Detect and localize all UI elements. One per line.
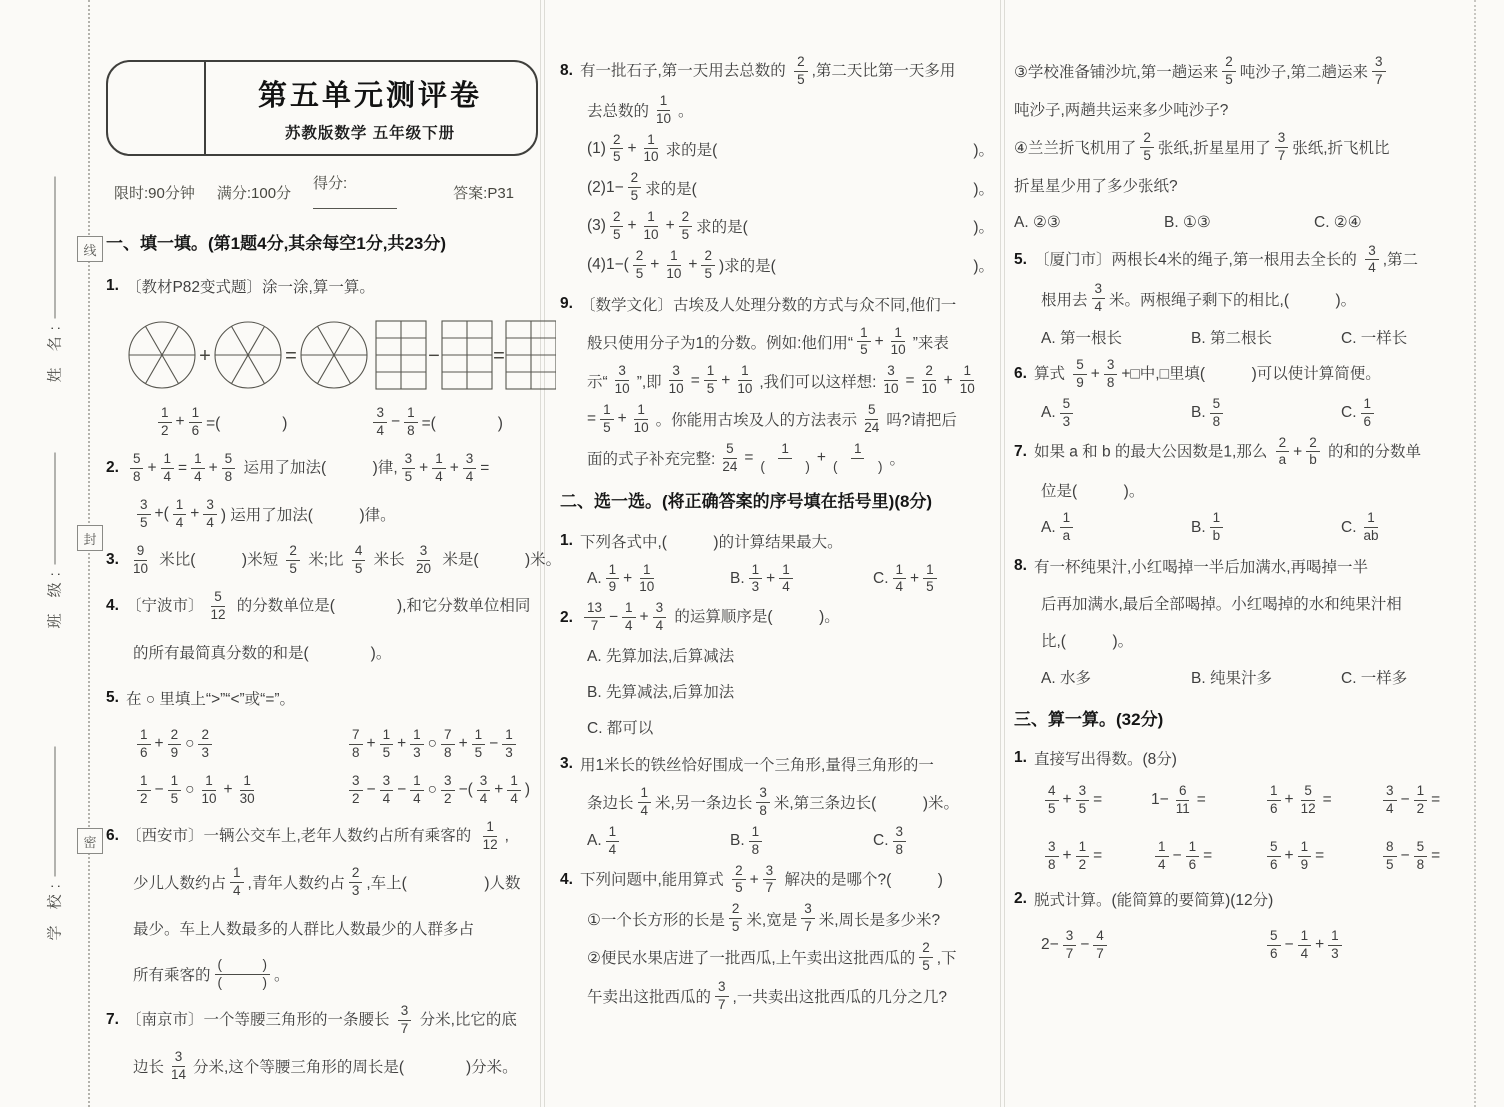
score-blank [313, 193, 397, 209]
option-a: A. 先算加法,后算减法 [560, 637, 994, 673]
choice-question-1: 1. 下列各式中,( )的计算结果最大。 A. 19+110 B. 13+14 … [560, 522, 994, 599]
sub-question: (2)1−25 求的是( [587, 168, 697, 207]
section-1-heading: 一、填一填。(第1题4分,其余每空1分,共23分) [106, 219, 538, 263]
options-row: A. 19+110 B. 13+14 C. 14+15 [560, 560, 994, 599]
sub-question: 午卖出这批西瓜的 37,一共卖出这批西瓜的几分之几? [560, 977, 994, 1016]
question-line: 9. 〔数学文化〕古埃及人处理分数的方式与众不同,他们一 [560, 285, 994, 323]
question-line: 条边长 14 米,另一条边长 38 米,第三条边长( )米。 [560, 783, 994, 822]
choice-question-7: 7. 如果 a 和 b 的最大公因数是1,那么 2a+2b 的和的分数单 位是(… [1014, 433, 1462, 548]
question-line: 7. 〔南京市〕一个等腰三角形的一条腰长 37 分米,比它的底 [106, 997, 538, 1043]
option-b: B. 先算减法,后算加法 [560, 673, 994, 709]
question-text: 〔宁波市〕512 的分数单位是( ),和它分数单位相同 [126, 587, 530, 626]
question-line: 3. 用1米长的铁丝恰好围成一个三角形,量得三角形的一 [560, 745, 994, 783]
option-b: B. 1b [1191, 508, 1341, 547]
question-number: 7. [1014, 443, 1027, 461]
question-number: 4. [106, 597, 119, 615]
question-text: 有一杯纯果汁,小红喝掉一半后加满水,再喝掉一半 [1034, 555, 1368, 577]
question-number: 2. [106, 459, 119, 477]
closing-paren: )。 [973, 138, 994, 160]
sub-question: (1)25+110 求的是( [587, 130, 717, 169]
option-c: C. 14+15 [873, 560, 1016, 599]
calc-item: 38+12= [1041, 832, 1151, 880]
question-line: 8. 有一杯纯果汁,小红喝掉一半后加满水,再喝掉一半 [1014, 547, 1462, 584]
seal-char-line: 线 [77, 236, 103, 262]
question-number: 6. [1014, 365, 1027, 383]
option-a: A. 第一根长 [1041, 326, 1191, 348]
question-line: (1)25+110 求的是( )。 [560, 130, 994, 169]
question-3: 3. 910 米比( )米短 25 米;比 45 米长 320 米是( )米。 [106, 537, 538, 583]
question-line: 4. 下列问题中,能用算式 25+37 解决的是哪个?( ) [560, 861, 994, 900]
compare-item: 16+29 ○ 23 [133, 725, 345, 764]
options-row: A. ②③ B. ①③ C. ②④ [1014, 204, 1462, 241]
section-2-heading: 二、选一选。(将正确答案的序号填在括号里)(8分) [560, 478, 994, 522]
question-2: 2. 58+14=14+58 运用了加法( )律,35+14+34= 35+(1… [106, 445, 538, 537]
seal-label-school: 学 校: [44, 729, 65, 941]
calc-item: 16+512= [1263, 776, 1379, 824]
question-8: 8. 有一批石子,第一天用去总数的 25,第二天比第一天多用 去总数的 110。… [560, 52, 994, 285]
options-row: A. 第一根长 B. 第二根长 C. 一样长 [1014, 318, 1462, 355]
calc-item: 1−611= [1151, 776, 1263, 824]
choice-question-8: 8. 有一杯纯果汁,小红喝掉一半后加满水,再喝掉一半 后再加满水,最后全部喝掉。… [1014, 547, 1462, 695]
question-line: 所有乘客的 ( )( )。 [106, 951, 538, 997]
question-line: 般只使用分子为1的分数。例如:他们用“15+110”来表 [560, 323, 994, 362]
question-line: 1. 下列各式中,( )的计算结果最大。 [560, 522, 994, 560]
compare-item: 32−34−14 ○ 32−(34+14) [345, 771, 530, 810]
calc-item: 85−58= [1379, 832, 1481, 880]
calc-grid: 45+35= 1−611= 16+512= 34−12= 38+12= 14−1… [1014, 776, 1462, 880]
question-line: 12+16=( ) 34−18=( ) [106, 399, 538, 445]
calc-item: 45+35= [1041, 776, 1151, 824]
question-number: 5. [1014, 251, 1027, 269]
calc-item: 14−16= [1151, 832, 1263, 880]
option-a: A. 水多 [1041, 666, 1191, 688]
option-b: B. ①③ [1164, 213, 1314, 232]
calc-item: 34−12= [1379, 776, 1481, 824]
closing-paren: )。 [973, 215, 994, 237]
question-line: 位是( )。 [1014, 471, 1462, 508]
closing-paren: )。 [973, 177, 994, 199]
option-c: C. 1ab [1341, 508, 1491, 547]
question-text: 脱式计算。(能简算的要简算)(12分) [1034, 888, 1273, 910]
seal-label-class: 班 级: [44, 433, 65, 629]
question-text: 〔数学文化〕古埃及人处理分数的方式与众不同,他们一 [580, 293, 956, 315]
question-line: 8. 有一批石子,第一天用去总数的 25,第二天比第一天多用 [560, 52, 994, 91]
question-line: 6. 算式 59+38+□中,□里填( )可以使计算简便。 [1014, 355, 1462, 394]
question-text: 用1米长的铁丝恰好围成一个三角形,量得三角形的一 [580, 753, 934, 775]
question-line: (3)25+110+25 求的是( )。 [560, 207, 994, 246]
question-number: 9. [560, 295, 573, 313]
sub-question: ②便民水果店进了一批西瓜,上午卖出这批西瓜的 25,下 [560, 938, 994, 977]
equals-operator: = [285, 345, 297, 367]
closing-paren: )。 [973, 254, 994, 276]
sub-question: 折星星少用了多少张纸? [1014, 167, 1462, 204]
right-dotted-line [1474, 0, 1476, 1107]
choice-question-6: 6. 算式 59+38+□中,□里填( )可以使计算简便。 A. 53 B. 5… [1014, 355, 1462, 433]
option-b: B. 58 [1191, 394, 1341, 433]
question-number: 3. [106, 551, 119, 569]
question-1: 1. 〔教材P82变式题〕涂一涂,算一算。 [106, 263, 538, 445]
question-line: 比,( )。 [1014, 621, 1462, 658]
question-line: 后再加满水,最后全部喝掉。小红喝掉的水和纯果汁相 [1014, 584, 1462, 621]
question-text: 算式 59+38+□中,□里填( )可以使计算简便。 [1034, 355, 1381, 394]
question-line: 的所有最简真分数的和是( )。 [106, 629, 538, 675]
minus-operator: − [428, 345, 440, 367]
question-line: 最少。车上人数最多的人群比人数最少的人群多占 [106, 905, 538, 951]
seal-class-text: 班 级: [44, 566, 65, 628]
plus-operator: + [199, 345, 211, 367]
question-line: 5. 在 ○ 里填上“>”“<”或“=”。 [106, 675, 538, 721]
info-line: 限时:90分钟 满分:100分 得分: 答案:P31 [114, 172, 536, 213]
option-a: A. 19+110 [587, 560, 730, 599]
sub-question: 吨沙子,两趟共运来多少吨沙子? [1014, 91, 1462, 128]
question-text: 直接写出得数。(8分) [1034, 747, 1177, 769]
question-line: 4. 〔宁波市〕512 的分数单位是( ),和它分数单位相同 [106, 583, 538, 629]
page-title: 第五单元测评卷 [258, 73, 482, 114]
options-row: A. 水多 B. 纯果汁多 C. 一样多 [1014, 658, 1462, 695]
sub-question: (3)25+110+25 求的是( [587, 207, 748, 246]
sub-question: (4)1−(25+110+25)求的是( [587, 246, 776, 285]
option-c: C. ②④ [1314, 213, 1464, 232]
question-line: 2. 脱式计算。(能简算的要简算)(12分) [1014, 880, 1462, 917]
question-line: 1. 〔教材P82变式题〕涂一涂,算一算。 [106, 263, 538, 309]
column-1: 第五单元测评卷 苏教版数学 五年级下册 限时:90分钟 满分:100分 得分: … [106, 60, 538, 1089]
full-score: 满分:100分 [217, 182, 291, 203]
column-2: 8. 有一批石子,第一天用去总数的 25,第二天比第一天多用 去总数的 110。… [560, 52, 994, 1016]
expression: 56−14+13 [1263, 921, 1346, 969]
question-number: 6. [106, 827, 119, 845]
sub-question: ④兰兰折飞机用了 25 张纸,折星星用了 37 张纸,折飞机比 [1014, 128, 1462, 167]
question-line: 面的式子补充完整:524=1( )+1( )。 [560, 439, 994, 478]
question-text: 58+14=14+58 运用了加法( )律,35+14+34= [126, 449, 489, 488]
time-limit: 限时:90分钟 [114, 182, 195, 203]
question-number: 4. [560, 871, 573, 889]
question-number: 1. [560, 532, 573, 550]
question-line: 根用去 34 米。两根绳子剩下的相比,( )。 [1014, 279, 1462, 318]
options-row: A. 1a B. 1b C. 1ab [1014, 508, 1462, 547]
question-line: (4)1−(25+110+25)求的是( )。 [560, 246, 994, 285]
compare-item: 78+15+13 ○ 78+15−13 [345, 725, 520, 764]
question-line: 2. 137−14+34 的运算顺序是( )。 [560, 598, 994, 637]
sub-question: ③学校准备铺沙坑,第一趟运来 25 吨沙子,第二趟运来 37 [1014, 52, 1462, 91]
expression-row: 2−37−47 56−14+13 [1014, 921, 1462, 969]
question-number: 1. [1014, 749, 1027, 767]
fraction-diagram: + = − = [106, 313, 538, 397]
choice-question-3: 3. 用1米长的铁丝恰好围成一个三角形,量得三角形的一 条边长 14 米,另一条… [560, 745, 994, 861]
seal-char-mi: 密 [77, 828, 103, 854]
option-b: B. 第二根长 [1191, 326, 1341, 348]
question-line: 12−15 ○ 110+130 32−34−14 ○ 32−(34+14) [106, 767, 538, 813]
question-line: 去总数的 110。 [560, 91, 994, 130]
option-a: A. 14 [587, 822, 730, 861]
question-text: 137−14+34 的运算顺序是( )。 [580, 598, 840, 637]
options-row: A. 14 B. 18 C. 38 [560, 822, 994, 861]
sub-question: ①一个长方形的长是 25 米,宽是 37 米,周长是多少米? [560, 899, 994, 938]
option-c: C. 38 [873, 822, 1016, 861]
question-text: 〔厦门市〕两根长4米的绳子,第一根用去全长的 34,第二 [1034, 241, 1418, 280]
question-text: 910 米比( )米短 25 米;比 45 米长 320 米是( )米。 [126, 541, 561, 580]
question-text: 〔西安市〕一辆公交车上,老年人数约占所有乘客的 112, [126, 817, 509, 856]
question-number: 8. [560, 62, 573, 80]
question-text: 〔南京市〕一个等腰三角形的一条腰长 37 分米,比它的底 [126, 1001, 517, 1040]
question-line: 2. 58+14=14+58 运用了加法( )律,35+14+34= [106, 445, 538, 491]
question-number: 5. [106, 689, 119, 707]
question-line: 35+(14+34) 运用了加法( )律。 [106, 491, 538, 537]
question-number: 1. [106, 277, 119, 295]
option-a: A. ②③ [1014, 213, 1164, 232]
option-c: C. 都可以 [560, 709, 994, 745]
seal-name-line [53, 176, 56, 318]
seal-label-name: 姓 名: [44, 151, 65, 383]
seal-class-line [53, 452, 56, 564]
question-text: 在 ○ 里填上“>”“<”或“=”。 [126, 687, 295, 709]
equation-right: 34−18=( ) [369, 403, 502, 442]
score-label: 得分: [313, 172, 431, 213]
option-a: A. 53 [1041, 394, 1191, 433]
seal-school-text: 学 校: [44, 878, 65, 940]
option-c: C. 一样多 [1341, 666, 1491, 688]
question-line: 6. 〔西安市〕一辆公交车上,老年人数约占所有乘客的 112, [106, 813, 538, 859]
question-line: 7. 如果 a 和 b 的最大公因数是1,那么 2a+2b 的和的分数单 [1014, 433, 1462, 472]
column-3: ③学校准备铺沙坑,第一趟运来 25 吨沙子,第二趟运来 37 吨沙子,两趟共运来… [1014, 52, 1462, 969]
option-a: A. 1a [1041, 508, 1191, 547]
question-text: 下列问题中,能用算式 25+37 解决的是哪个?( ) [580, 861, 943, 900]
title-box: 第五单元测评卷 苏教版数学 五年级下册 [106, 60, 538, 156]
question-text: 有一批石子,第一天用去总数的 25,第二天比第一天多用 [580, 52, 955, 91]
calc-question-1: 1. 直接写出得数。(8分) 45+35= 1−611= 16+512= 34−… [1014, 739, 1462, 880]
question-text: 〔教材P82变式题〕涂一涂,算一算。 [126, 275, 375, 297]
option-b: B. 纯果汁多 [1191, 666, 1341, 688]
equals-operator: = [493, 345, 505, 367]
seal-name-text: 姓 名: [44, 320, 65, 382]
question-number: 3. [560, 755, 573, 773]
column-divider-2 [1000, 0, 1005, 1107]
option-c: C. 16 [1341, 394, 1491, 433]
seal-char-feng: 封 [77, 525, 103, 551]
seal-dotted-line [88, 0, 90, 1107]
choice-question-2: 2. 137−14+34 的运算顺序是( )。 A. 先算加法,后算减法 B. … [560, 598, 994, 745]
choice-question-4-continued: ③学校准备铺沙坑,第一趟运来 25 吨沙子,第二趟运来 37 吨沙子,两趟共运来… [1014, 52, 1462, 241]
question-line: 示“310”,即 310=15+110,我们可以这样想:310=210+110 [560, 361, 994, 400]
question-line: 边长 314 分米,这个等腰三角形的周长是( )分米。 [106, 1043, 538, 1089]
choice-question-5: 5. 〔厦门市〕两根长4米的绳子,第一根用去全长的 34,第二 根用去 34 米… [1014, 241, 1462, 356]
choice-question-4: 4. 下列问题中,能用算式 25+37 解决的是哪个?( ) ①一个长方形的长是… [560, 861, 994, 1016]
question-number: 7. [106, 1011, 119, 1029]
page-subtitle: 苏教版数学 五年级下册 [285, 121, 455, 143]
question-text: 如果 a 和 b 的最大公因数是1,那么 2a+2b 的和的分数单 [1034, 433, 1421, 472]
answer-page: 答案:P31 [453, 182, 514, 203]
question-line: (2)1−25 求的是( )。 [560, 168, 994, 207]
question-number: 2. [560, 609, 573, 627]
question-number: 8. [1014, 557, 1027, 575]
question-line: 少儿人数约占 14,青年人数约占 23,车上( )人数 [106, 859, 538, 905]
question-9: 9. 〔数学文化〕古埃及人处理分数的方式与众不同,他们一 般只使用分子为1的分数… [560, 285, 994, 478]
expression: 2−37−47 [1041, 921, 1263, 969]
option-b: B. 18 [730, 822, 873, 861]
equation-left: 12+16=( ) [154, 403, 287, 442]
seal-school-line [53, 746, 56, 876]
question-7: 7. 〔南京市〕一个等腰三角形的一条腰长 37 分米,比它的底 边长 314 分… [106, 997, 538, 1089]
option-c: C. 一样长 [1341, 326, 1491, 348]
options-row: A. 53 B. 58 C. 16 [1014, 394, 1462, 433]
question-4: 4. 〔宁波市〕512 的分数单位是( ),和它分数单位相同 的所有最简真分数的… [106, 583, 538, 675]
question-line: 3. 910 米比( )米短 25 米;比 45 米长 320 米是( )米。 [106, 537, 538, 583]
calc-item: 56+19= [1263, 832, 1379, 880]
calc-question-2: 2. 脱式计算。(能简算的要简算)(12分) 2−37−47 56−14+13 [1014, 880, 1462, 969]
question-line: =15+110。你能用古埃及人的方法表示 524 吗?请把后 [560, 400, 994, 439]
question-5: 5. 在 ○ 里填上“>”“<”或“=”。 16+29 ○ 23 78+15+1… [106, 675, 538, 813]
question-line: 5. 〔厦门市〕两根长4米的绳子,第一根用去全长的 34,第二 [1014, 241, 1462, 280]
question-line: 1. 直接写出得数。(8分) [1014, 739, 1462, 776]
option-b: B. 13+14 [730, 560, 873, 599]
question-6: 6. 〔西安市〕一辆公交车上,老年人数约占所有乘客的 112, 少儿人数约占 1… [106, 813, 538, 997]
compare-item: 12−15 ○ 110+130 [133, 771, 345, 810]
circle-grid-diagram: + = − = [124, 313, 556, 397]
question-text: 下列各式中,( )的计算结果最大。 [580, 530, 843, 552]
question-number: 2. [1014, 890, 1027, 908]
question-line: 16+29 ○ 23 78+15+13 ○ 78+15−13 [106, 721, 538, 767]
section-3-heading: 三、算一算。(32分) [1014, 695, 1462, 739]
